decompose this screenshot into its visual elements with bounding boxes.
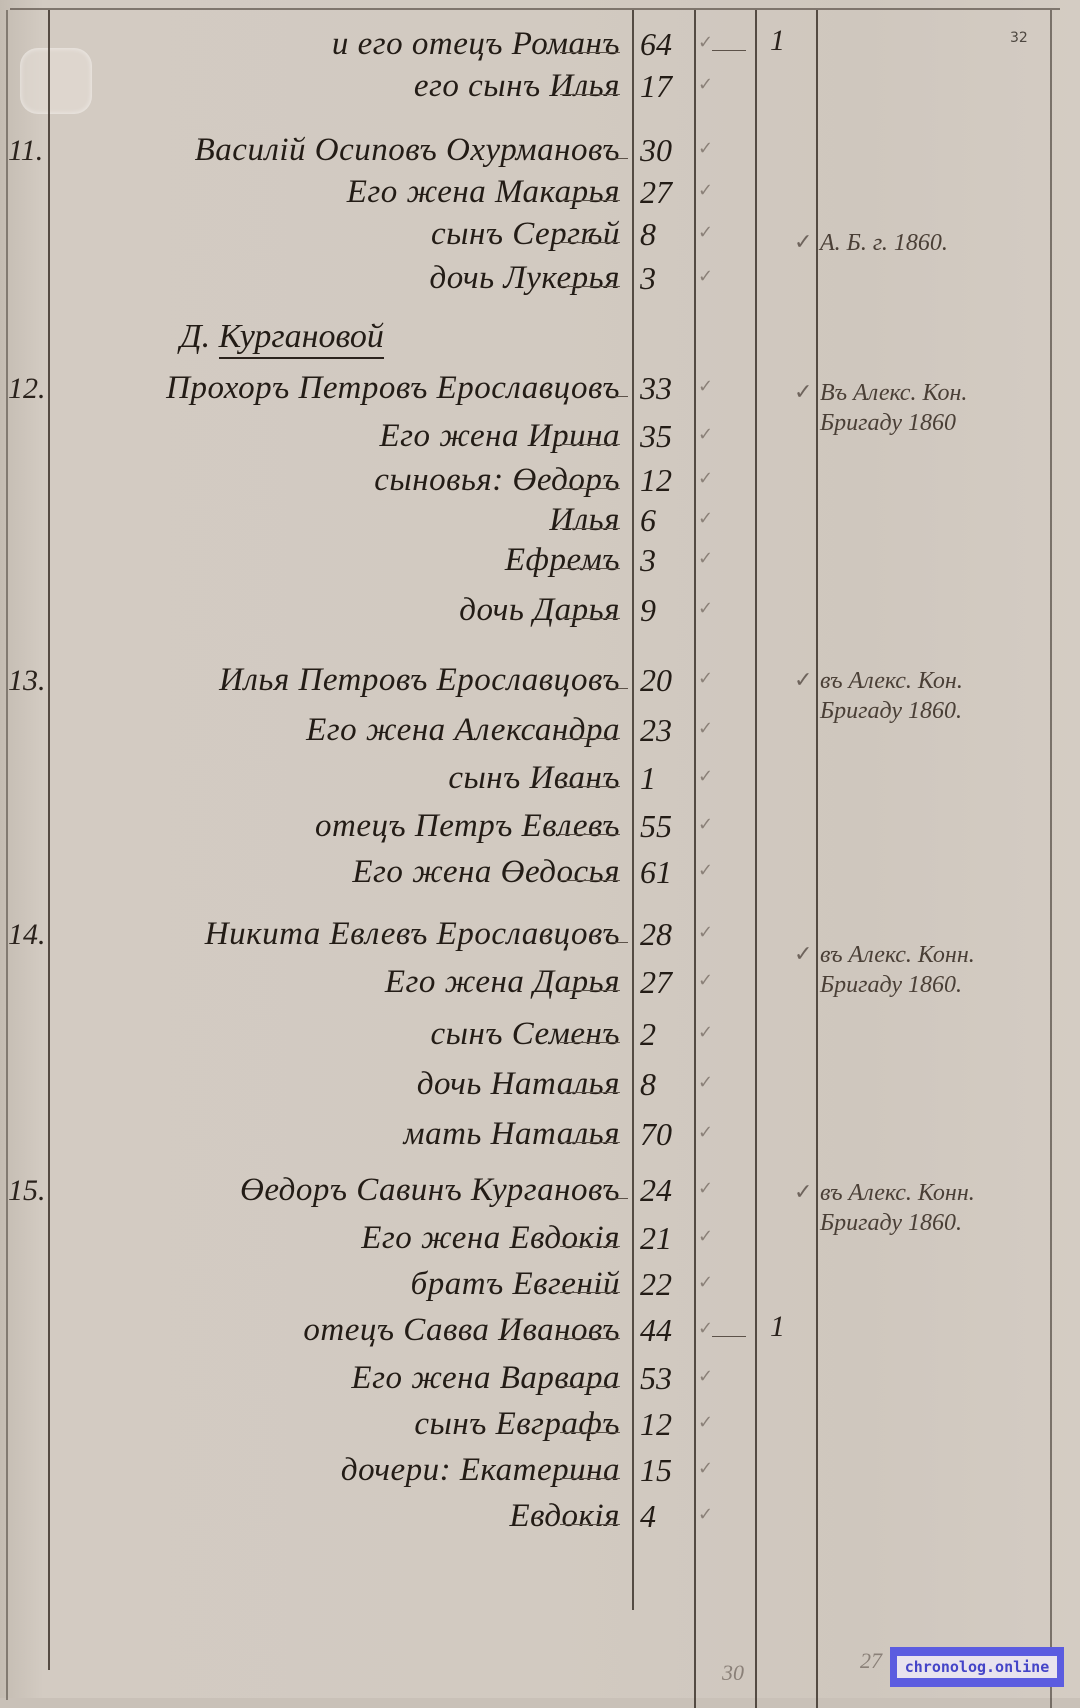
person-age: 12: [640, 462, 692, 499]
table-row: и его отецъ Романъ64✓1: [0, 24, 1080, 70]
person-name: Өедоръ Савинъ Кургановъ: [240, 1172, 620, 1209]
person-name: дочери: Екатерина: [341, 1452, 620, 1489]
person-name: братъ Евгеній: [411, 1266, 620, 1303]
table-row: отецъ Петръ Евлевъ55✓: [0, 806, 1080, 852]
person-name: дочь Дарья: [459, 592, 620, 629]
leader-dash: [610, 1198, 628, 1199]
check-mark-icon: ✓: [698, 508, 713, 529]
person-name: дочь Наталья: [417, 1066, 620, 1103]
leader-dash: [610, 158, 628, 159]
remark-line: въ Алекс. Кон.: [820, 666, 1050, 696]
village-prefix: Д.: [180, 318, 210, 355]
leader-dash: [560, 1092, 620, 1093]
leader-dash: [560, 786, 620, 787]
person-name: Его жена Дарья: [385, 964, 620, 1001]
person-name: Василій Осиповъ Охурмановъ: [195, 132, 620, 169]
person-name: сынъ Сергѣй: [431, 216, 620, 253]
leader-dash: [560, 738, 620, 739]
leader-dash: [560, 990, 620, 991]
person-age: 61: [640, 854, 692, 891]
person-name: Прохоръ Петровъ Ерославцовъ: [166, 370, 620, 407]
person-age: 44: [640, 1312, 692, 1349]
check-mark-icon: ✓: [698, 266, 713, 287]
leader-dash: [560, 618, 620, 619]
household-number: 13.: [8, 664, 48, 698]
leader-dash: [560, 528, 620, 529]
check-mark-icon: ✓: [698, 970, 713, 991]
leader-dash: [560, 1478, 620, 1479]
remark-line: Бригаду 1860.: [820, 970, 1050, 1000]
person-name: сынъ Иванъ: [448, 760, 620, 797]
check-mark-icon: ✓: [698, 1122, 713, 1143]
check-mark-icon: ✓: [698, 1412, 713, 1433]
tally-dash: [712, 1336, 746, 1337]
check-mark-icon: ✓: [698, 180, 713, 201]
remark-line: А. Б. г. 1860.: [820, 228, 1050, 258]
check-mark-icon: ✓: [698, 1178, 713, 1199]
person-name: сыновья: Өедоръ: [374, 462, 620, 499]
remark-note: ✓въ Алекс. Кон.Бригаду 1860.: [820, 666, 1050, 726]
person-name: Евдокія: [510, 1498, 621, 1535]
person-age: 6: [640, 502, 692, 539]
check-mark-icon: ✓: [698, 548, 713, 569]
leader-dash: [560, 444, 620, 445]
check-mark-icon: ✓: [794, 1178, 812, 1208]
leader-dash: [560, 1042, 620, 1043]
check-mark-icon: ✓: [698, 1072, 713, 1093]
person-name: отецъ Савва Ивановъ: [303, 1312, 620, 1349]
check-mark-icon: ✓: [794, 666, 812, 696]
pencil-note: 30: [722, 1660, 744, 1686]
leader-dash: [560, 568, 620, 569]
person-name: Ефремъ: [505, 542, 620, 579]
tally-count: 1: [770, 24, 785, 58]
leader-dash: [560, 1246, 620, 1247]
person-age: 27: [640, 964, 692, 1001]
table-row: отецъ Савва Ивановъ44✓1: [0, 1310, 1080, 1356]
person-age: 24: [640, 1172, 692, 1209]
person-age: 27: [640, 174, 692, 211]
person-age: 8: [640, 1066, 692, 1103]
check-mark-icon: ✓: [698, 222, 713, 243]
check-mark-icon: ✓: [698, 424, 713, 445]
table-row: дочь Наталья8✓: [0, 1064, 1080, 1110]
leader-dash: [560, 488, 620, 489]
household-number: 14.: [8, 918, 48, 952]
table-row: Евдокія4✓: [0, 1496, 1080, 1542]
ledger-page: 32 Д. Кургановой и его отецъ Романъ64✓1е…: [0, 0, 1080, 1698]
person-name: дочь Лукерья: [430, 260, 620, 297]
person-age: 70: [640, 1116, 692, 1153]
table-row: сынъ Иванъ1✓: [0, 758, 1080, 804]
person-age: 53: [640, 1360, 692, 1397]
remark-note: ✓Въ Алекс. Кон.Бригаду 1860: [820, 378, 1050, 438]
leader-dash: [560, 1386, 620, 1387]
leader-dash: [560, 286, 620, 287]
person-age: 3: [640, 260, 692, 297]
remark-line: Въ Алекс. Кон.: [820, 378, 1050, 408]
leader-dash: [560, 1292, 620, 1293]
leader-dash: [560, 200, 620, 201]
watermark-text: chronolog.online: [897, 1656, 1058, 1678]
village-heading: Д. Кургановой: [180, 318, 384, 356]
person-age: 55: [640, 808, 692, 845]
person-name: мать Наталья: [404, 1116, 620, 1153]
person-name: отецъ Петръ Евлевъ: [315, 808, 620, 845]
household-number: 15.: [8, 1174, 48, 1208]
check-mark-icon: ✓: [698, 32, 713, 53]
check-mark-icon: ✓: [698, 1226, 713, 1247]
remark-note: ✓въ Алекс. Конн.Бригаду 1860.: [820, 1178, 1050, 1238]
person-name: Никита Евлевъ Ерославцовъ: [205, 916, 620, 953]
person-age: 30: [640, 132, 692, 169]
household-number: 11.: [8, 134, 48, 168]
check-mark-icon: ✓: [698, 766, 713, 787]
remark-note: ✓А. Б. г. 1860.: [820, 228, 1050, 258]
person-age: 64: [640, 26, 692, 63]
leader-dash: [560, 242, 620, 243]
person-age: 22: [640, 1266, 692, 1303]
person-name: Илья Петровъ Ерославцовъ: [219, 662, 620, 699]
tally-count: 1: [770, 1310, 785, 1344]
person-name: Его жена Өедосья: [352, 854, 620, 891]
check-mark-icon: ✓: [698, 718, 713, 739]
table-row: Его жена Варвара53✓: [0, 1358, 1080, 1404]
check-mark-icon: ✓: [698, 922, 713, 943]
check-mark-icon: ✓: [698, 1504, 713, 1525]
check-mark-icon: ✓: [698, 1318, 713, 1339]
paper-top-edge: [10, 8, 1060, 13]
person-age: 35: [640, 418, 692, 455]
remark-line: въ Алекс. Конн.: [820, 940, 1050, 970]
leader-dash: [560, 1524, 620, 1525]
person-age: 9: [640, 592, 692, 629]
village-name: Кургановой: [219, 318, 384, 359]
person-name: Его жена Варвара: [351, 1360, 620, 1397]
table-row: дочери: Екатерина15✓: [0, 1450, 1080, 1496]
check-mark-icon: ✓: [698, 1366, 713, 1387]
leader-dash: [610, 688, 628, 689]
person-age: 21: [640, 1220, 692, 1257]
check-mark-icon: ✓: [698, 860, 713, 881]
person-age: 33: [640, 370, 692, 407]
check-mark-icon: ✓: [698, 138, 713, 159]
table-row: его сынъ Илья17✓: [0, 66, 1080, 112]
leader-dash: [560, 1338, 620, 1339]
tally-dash: [712, 50, 746, 51]
leader-dash: [560, 1432, 620, 1433]
table-row: дочь Дарья9✓: [0, 590, 1080, 636]
watermark-badge: chronolog.online: [890, 1647, 1064, 1687]
check-mark-icon: ✓: [698, 74, 713, 95]
person-age: 4: [640, 1498, 692, 1535]
person-name: Его жена Ирина: [379, 418, 620, 455]
leader-dash: [610, 396, 628, 397]
check-mark-icon: ✓: [698, 1022, 713, 1043]
table-row: сынъ Евграфъ12✓: [0, 1404, 1080, 1450]
check-mark-icon: ✓: [794, 228, 812, 258]
check-mark-icon: ✓: [698, 468, 713, 489]
person-name: Его жена Макарья: [347, 174, 620, 211]
person-age: 17: [640, 68, 692, 105]
leader-dash: [560, 52, 620, 53]
table-row: Его жена Өедосья61✓: [0, 852, 1080, 898]
table-row: братъ Евгеній22✓: [0, 1264, 1080, 1310]
leader-dash: [560, 1142, 620, 1143]
table-row: сынъ Семенъ2✓: [0, 1014, 1080, 1060]
table-row: Его жена Макарья27✓: [0, 172, 1080, 218]
check-mark-icon: ✓: [698, 598, 713, 619]
person-age: 8: [640, 216, 692, 253]
person-name: сынъ Евграфъ: [414, 1406, 620, 1443]
person-name: Илья: [549, 502, 620, 539]
check-mark-icon: ✓: [794, 378, 812, 408]
leader-dash: [560, 94, 620, 95]
check-mark-icon: ✓: [794, 940, 812, 970]
person-age: 28: [640, 916, 692, 953]
table-row: 11.Василій Осиповъ Охурмановъ30✓: [0, 130, 1080, 176]
person-age: 2: [640, 1016, 692, 1053]
table-row: Ефремъ3✓: [0, 540, 1080, 586]
person-age: 12: [640, 1406, 692, 1443]
pencil-note: 27: [860, 1648, 882, 1674]
check-mark-icon: ✓: [698, 814, 713, 835]
person-age: 20: [640, 662, 692, 699]
person-name: его сынъ Илья: [414, 68, 620, 105]
table-row: мать Наталья70✓: [0, 1114, 1080, 1160]
check-mark-icon: ✓: [698, 1272, 713, 1293]
leader-dash: [560, 880, 620, 881]
person-name: и его отецъ Романъ: [332, 26, 620, 63]
remark-line: въ Алекс. Конн.: [820, 1178, 1050, 1208]
person-age: 3: [640, 542, 692, 579]
remark-line: Бригаду 1860.: [820, 1208, 1050, 1238]
person-age: 1: [640, 760, 692, 797]
remark-line: Бригаду 1860.: [820, 696, 1050, 726]
leader-dash: [560, 834, 620, 835]
remark-line: Бригаду 1860: [820, 408, 1050, 438]
leader-dash: [610, 942, 628, 943]
check-mark-icon: ✓: [698, 668, 713, 689]
table-row: дочь Лукерья3✓: [0, 258, 1080, 304]
person-age: 15: [640, 1452, 692, 1489]
person-name: Его жена Александра: [306, 712, 620, 749]
person-name: сынъ Семенъ: [430, 1016, 620, 1053]
person-name: Его жена Евдокія: [361, 1220, 620, 1257]
check-mark-icon: ✓: [698, 376, 713, 397]
remark-note: ✓въ Алекс. Конн.Бригаду 1860.: [820, 940, 1050, 1000]
check-mark-icon: ✓: [698, 1458, 713, 1479]
person-age: 23: [640, 712, 692, 749]
household-number: 12.: [8, 372, 48, 406]
